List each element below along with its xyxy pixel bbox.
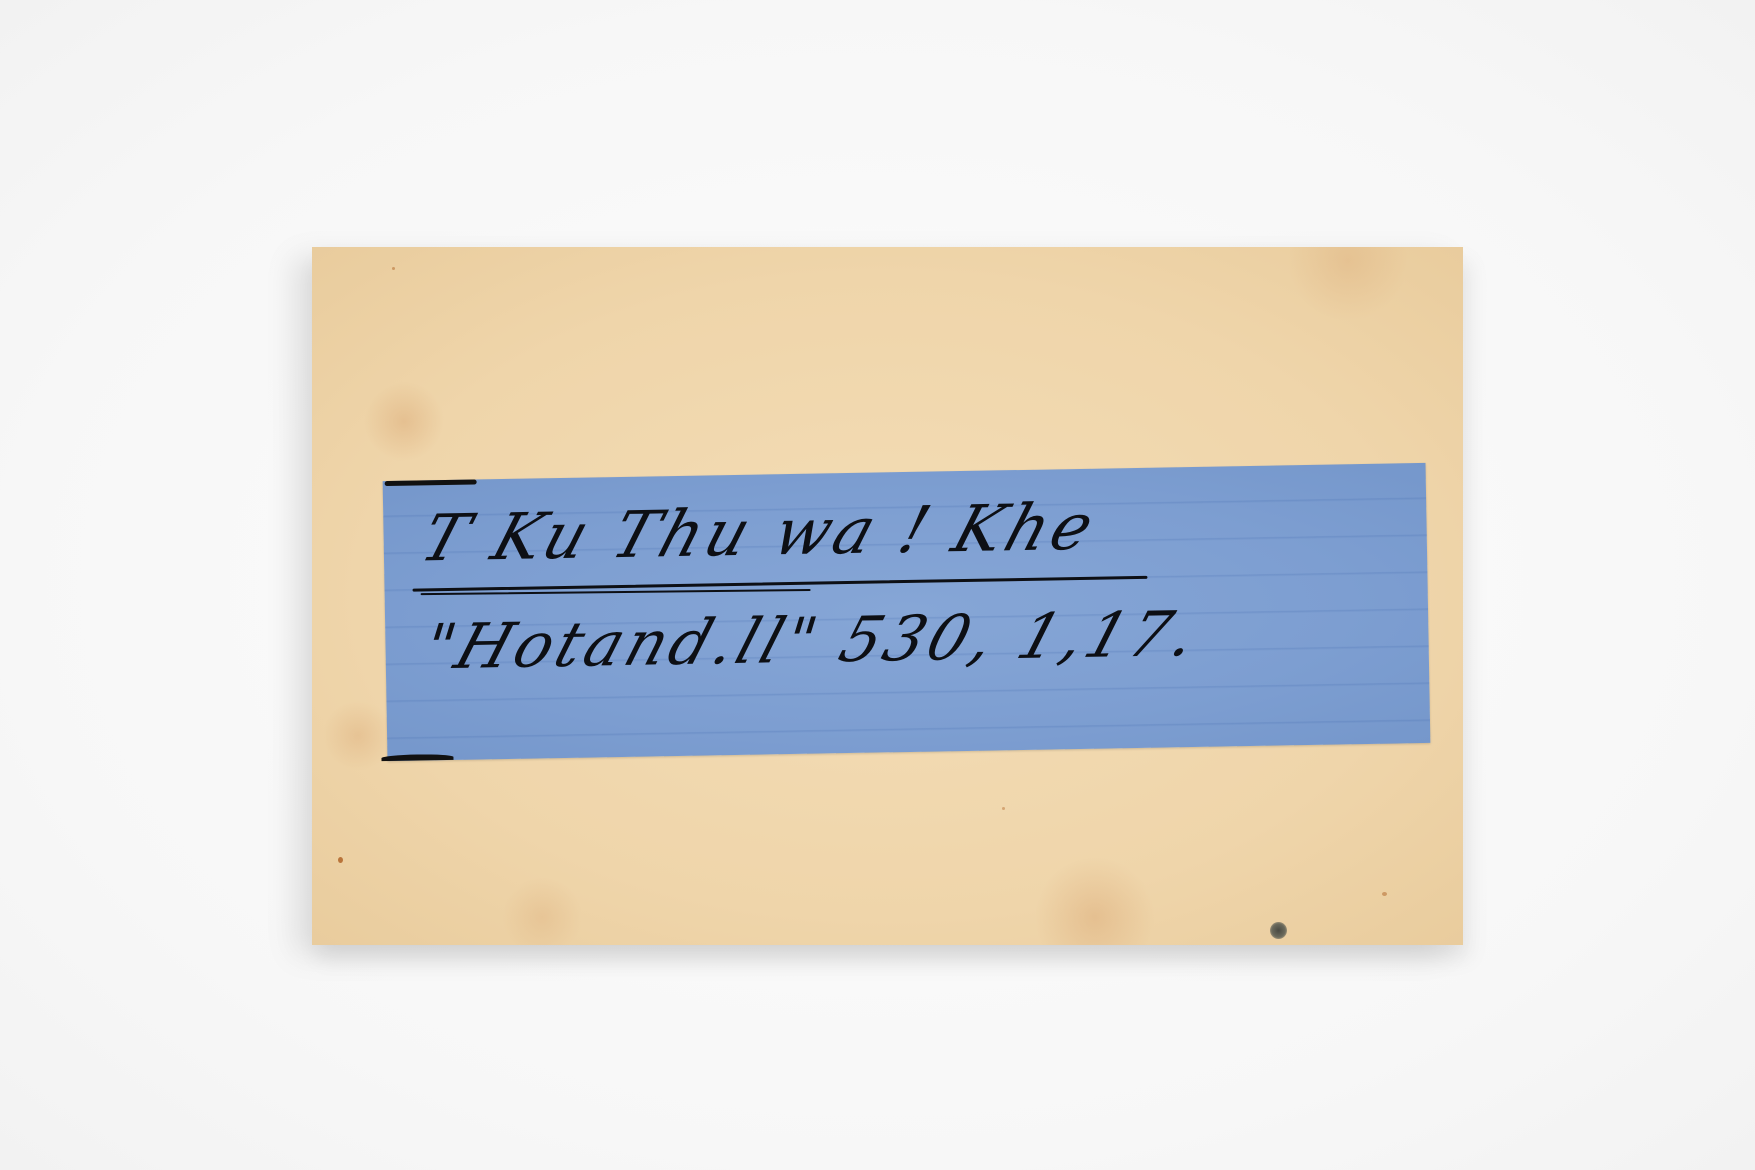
foxing-speck <box>392 267 395 270</box>
ink-spot <box>1270 922 1287 939</box>
foxing-speck <box>338 857 343 863</box>
foxing-speck <box>1002 807 1005 810</box>
inscription-line-2: "Hotand.ll" 530, 1,17. <box>414 597 1209 684</box>
ink-smudge-bottom-left <box>381 754 453 761</box>
ink-smudge-top-left <box>385 479 477 486</box>
blue-paper-slip: T Ku Thu wa ! Khe "Hotand.ll" 530, 1,17. <box>383 463 1431 761</box>
foxing-speck <box>1382 892 1387 896</box>
inscription-line-1: T Ku Thu wa ! Khe <box>412 491 1105 577</box>
